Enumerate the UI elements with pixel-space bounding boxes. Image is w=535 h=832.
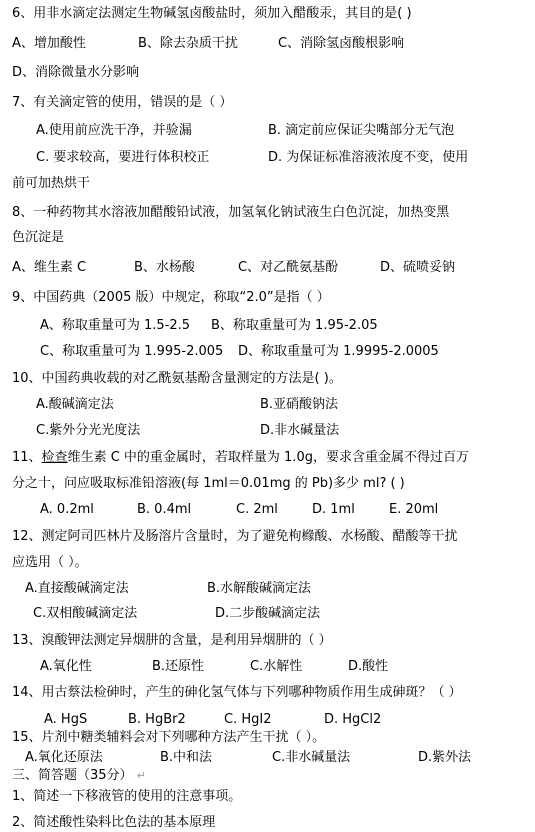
question-14-option-c: C. HgI2 <box>224 712 271 728</box>
question-15-stem: 15、片剂中糖类辅料会对下列哪种方法产生干扰（ ）。 <box>12 730 325 746</box>
section-title-text: 三、简答题（35分） <box>12 768 133 783</box>
question-14-option-b: B. HgBr2 <box>128 712 186 728</box>
question-15-option-a: A.氧化还原法 <box>25 750 103 766</box>
question-12-option-a: A.直接酸碱滴定法 <box>25 581 129 597</box>
question-12-continuation: 应选用（ ）。 <box>12 555 88 571</box>
question-10-option-a: A.酸碱滴定法 <box>36 397 114 413</box>
question-10-option-d: D.非水碱量法 <box>260 423 339 439</box>
question-7-option-a: A.使用前应洗干净，并验漏 <box>36 123 192 139</box>
question-9-option-d: D、称取重量可为 1.9995-2.0005 <box>238 344 439 360</box>
question-8-option-a: A、维生素 C <box>12 260 86 276</box>
question-8-option-c: C、对乙酰氨基酚 <box>238 260 338 276</box>
question-11-option-b: B. 0.4ml <box>137 502 191 518</box>
question-13-option-d: D.酸性 <box>348 659 388 675</box>
short-answer-2: 2、简述酸性染料比色法的基本原理 <box>12 815 215 831</box>
question-6-option-d: D、消除微量水分影响 <box>12 65 139 81</box>
question-12-option-b: B.水解酸碱滴定法 <box>207 581 311 597</box>
question-11-option-c: C. 2ml <box>236 502 278 518</box>
question-6-stem: 6、用非水滴定法测定生物碱氢卤酸盐时，须加入醋酸汞，其目的是( ) <box>12 6 412 22</box>
question-8-option-b: B、水杨酸 <box>134 260 195 276</box>
question-9-stem: 9、中国药典（2005 版）中规定，称取“2.0”是指（ ） <box>12 290 330 306</box>
question-10-stem: 10、中国药典收载的对乙酰氨基酚含量测定的方法是( )。 <box>12 371 342 387</box>
question-7-option-d: D. 为保证标准溶液浓度不变，使用 <box>268 150 468 166</box>
question-8-stem: 8、一种药物其水溶液加醋酸铅试液，加氢氧化钠试液生白色沉淀，加热变黑 <box>12 205 449 221</box>
question-15-option-c: C.非水碱量法 <box>272 750 350 766</box>
short-answer-1: 1、简述一下移液管的使用的注意事项。 <box>12 789 241 805</box>
section-title: 三、简答题（35分） ↵ <box>12 768 146 784</box>
question-12-option-d: D.二步酸碱滴定法 <box>215 606 320 622</box>
question-13-stem: 13、溴酸钾法测定异烟肼的含量，是利用异烟肼的（ ） <box>12 633 332 649</box>
question-11-option-e: E. 20ml <box>389 502 438 518</box>
question-14-option-d: D. HgCl2 <box>324 712 381 728</box>
question-7-option-c: C. 要求较高，要进行体积校正 <box>36 150 209 166</box>
document-page: 6、用非水滴定法测定生物碱氢卤酸盐时，须加入醋酸汞，其目的是( ) A、增加酸性… <box>0 0 535 832</box>
question-6-option-b: B、除去杂质干扰 <box>138 36 238 52</box>
question-9-option-b: B、称取重量可为 1.95-2.05 <box>211 318 378 334</box>
question-11-underlined-word: 检查 <box>42 450 68 465</box>
question-11-stem: 11、检查维生素 C 中的重金属时，若取样量为 1.0g，要求含重金属不得过百万 <box>12 450 469 466</box>
question-15-option-d: D.紫外法 <box>418 750 471 766</box>
question-7-option-b: B. 滴定前应保证尖嘴部分无气泡 <box>268 123 454 139</box>
question-9-option-c: C、称取重量可为 1.995-2.005 <box>40 344 223 360</box>
question-8-continuation: 色沉淀是 <box>12 230 64 246</box>
question-6-option-c: C、消除氢卤酸根影响 <box>278 36 404 52</box>
question-13-option-b: B.还原性 <box>152 659 204 675</box>
question-13-option-c: C.水解性 <box>250 659 302 675</box>
question-6-stem-text: 6、用非水滴定法测定生物碱氢卤酸盐时，须加入醋酸汞，其目的是( ) <box>12 6 412 21</box>
question-10-option-c: C.紫外分光光度法 <box>36 423 140 439</box>
question-14-option-a: A. HgS <box>44 712 87 728</box>
question-7-continuation: 前可加热烘干 <box>12 176 90 192</box>
question-6-option-a: A、增加酸性 <box>12 36 86 52</box>
question-10-option-b: B.亚硝酸钠法 <box>260 397 338 413</box>
question-9-option-a: A、称取重量可为 1.5-2.5 <box>40 318 190 334</box>
question-11-option-d: D. 1ml <box>312 502 355 518</box>
question-11-option-a: A. 0.2ml <box>40 502 94 518</box>
question-14-stem: 14、用古蔡法检砷时，产生的砷化氢气体与下列哪种物质作用生成砷斑？（ ） <box>12 685 462 701</box>
question-12-stem: 12、测定阿司匹林片及肠溶片含量时，为了避免枸橼酸、水杨酸、醋酸等干扰 <box>12 529 458 545</box>
question-8-option-d: D、硫喷妥钠 <box>380 260 455 276</box>
question-12-option-c: C.双相酸碱滴定法 <box>33 606 137 622</box>
question-11-number: 11、 <box>12 450 42 465</box>
question-13-option-a: A.氧化性 <box>40 659 92 675</box>
question-11-continuation: 分之十，问应吸取标准铅溶液(每 1ml＝0.01mg 的 Pb)多少 ml? (… <box>12 476 405 492</box>
question-11-stem-text: 维生素 C 中的重金属时，若取样量为 1.0g，要求含重金属不得过百万 <box>68 450 469 465</box>
question-7-stem: 7、有关滴定管的使用，错误的是（ ） <box>12 95 232 111</box>
question-15-option-b: B.中和法 <box>160 750 212 766</box>
paragraph-mark-icon: ↵ <box>137 769 146 782</box>
